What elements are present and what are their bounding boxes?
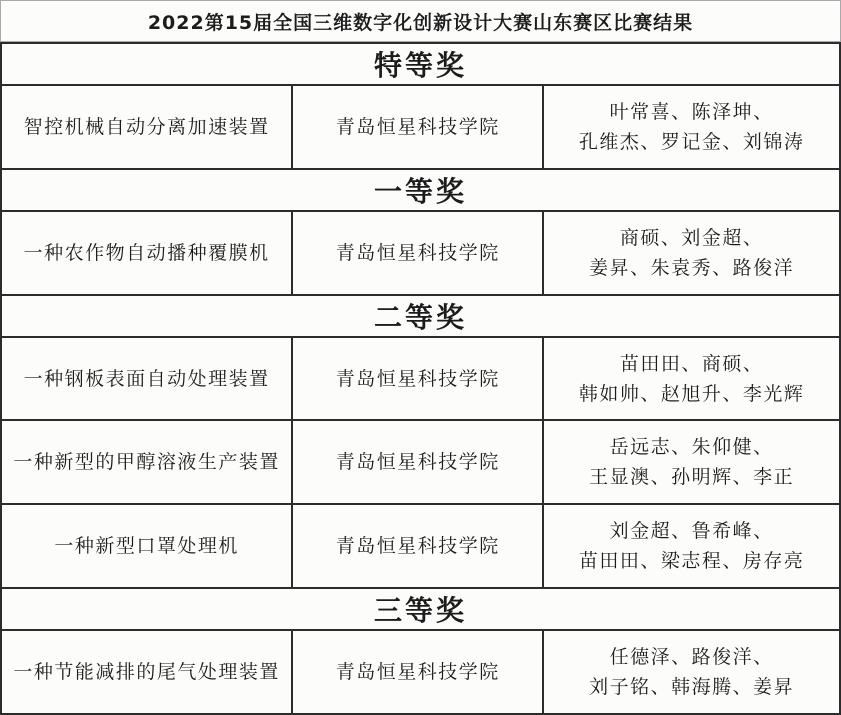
results-table-body: 特等奖 智控机械自动分离加速装置 青岛恒星科技学院 叶常喜、陈泽坤、 孔维杰、罗… bbox=[0, 42, 841, 715]
team-members-cell: 岳远志、朱仰健、 王显澳、孙明辉、李正 bbox=[544, 421, 839, 503]
team-members-cell: 商硕、刘金超、 姜昇、朱袁秀、路俊洋 bbox=[544, 212, 839, 294]
school-name-cell: 青岛恒星科技学院 bbox=[293, 212, 544, 294]
table-row: 一种钢板表面自动处理装置 青岛恒星科技学院 苗田田、商硕、 韩如帅、赵旭升、李光… bbox=[2, 338, 839, 422]
school-name-cell: 青岛恒星科技学院 bbox=[293, 86, 544, 168]
award-header-first-prize: 一等奖 bbox=[2, 170, 839, 212]
table-row: 一种新型的甲醇溶液生产装置 青岛恒星科技学院 岳远志、朱仰健、 王显澳、孙明辉、… bbox=[2, 421, 839, 505]
table-row: 一种农作物自动播种覆膜机 青岛恒星科技学院 商硕、刘金超、 姜昇、朱袁秀、路俊洋 bbox=[2, 212, 839, 296]
team-members-cell: 任德泽、路俊洋、 刘子铭、韩海腾、姜昇 bbox=[544, 631, 839, 713]
project-name-cell: 一种新型口罩处理机 bbox=[2, 505, 293, 587]
project-name-cell: 一种节能减排的尾气处理装置 bbox=[2, 631, 293, 713]
school-name-cell: 青岛恒星科技学院 bbox=[293, 631, 544, 713]
project-name-cell: 一种新型的甲醇溶液生产装置 bbox=[2, 421, 293, 503]
team-members-cell: 苗田田、商硕、 韩如帅、赵旭升、李光辉 bbox=[544, 338, 839, 420]
competition-results-table: 2022第15届全国三维数字化创新设计大赛山东赛区比赛结果 特等奖 智控机械自动… bbox=[0, 0, 841, 715]
project-name-cell: 智控机械自动分离加速装置 bbox=[2, 86, 293, 168]
project-name-cell: 一种钢板表面自动处理装置 bbox=[2, 338, 293, 420]
table-row: 一种节能减排的尾气处理装置 青岛恒星科技学院 任德泽、路俊洋、 刘子铭、韩海腾、… bbox=[2, 631, 839, 713]
table-row: 一种新型口罩处理机 青岛恒星科技学院 刘金超、鲁希峰、 苗田田、梁志程、房存亮 bbox=[2, 505, 839, 589]
school-name-cell: 青岛恒星科技学院 bbox=[293, 421, 544, 503]
table-row: 智控机械自动分离加速装置 青岛恒星科技学院 叶常喜、陈泽坤、 孔维杰、罗记金、刘… bbox=[2, 86, 839, 170]
school-name-cell: 青岛恒星科技学院 bbox=[293, 338, 544, 420]
team-members-cell: 刘金超、鲁希峰、 苗田田、梁志程、房存亮 bbox=[544, 505, 839, 587]
award-header-third-prize: 三等奖 bbox=[2, 589, 839, 631]
award-header-second-prize: 二等奖 bbox=[2, 296, 839, 338]
award-header-special-prize: 特等奖 bbox=[2, 44, 839, 86]
school-name-cell: 青岛恒星科技学院 bbox=[293, 505, 544, 587]
team-members-cell: 叶常喜、陈泽坤、 孔维杰、罗记金、刘锦涛 bbox=[544, 86, 839, 168]
page-title: 2022第15届全国三维数字化创新设计大赛山东赛区比赛结果 bbox=[0, 0, 841, 42]
project-name-cell: 一种农作物自动播种覆膜机 bbox=[2, 212, 293, 294]
